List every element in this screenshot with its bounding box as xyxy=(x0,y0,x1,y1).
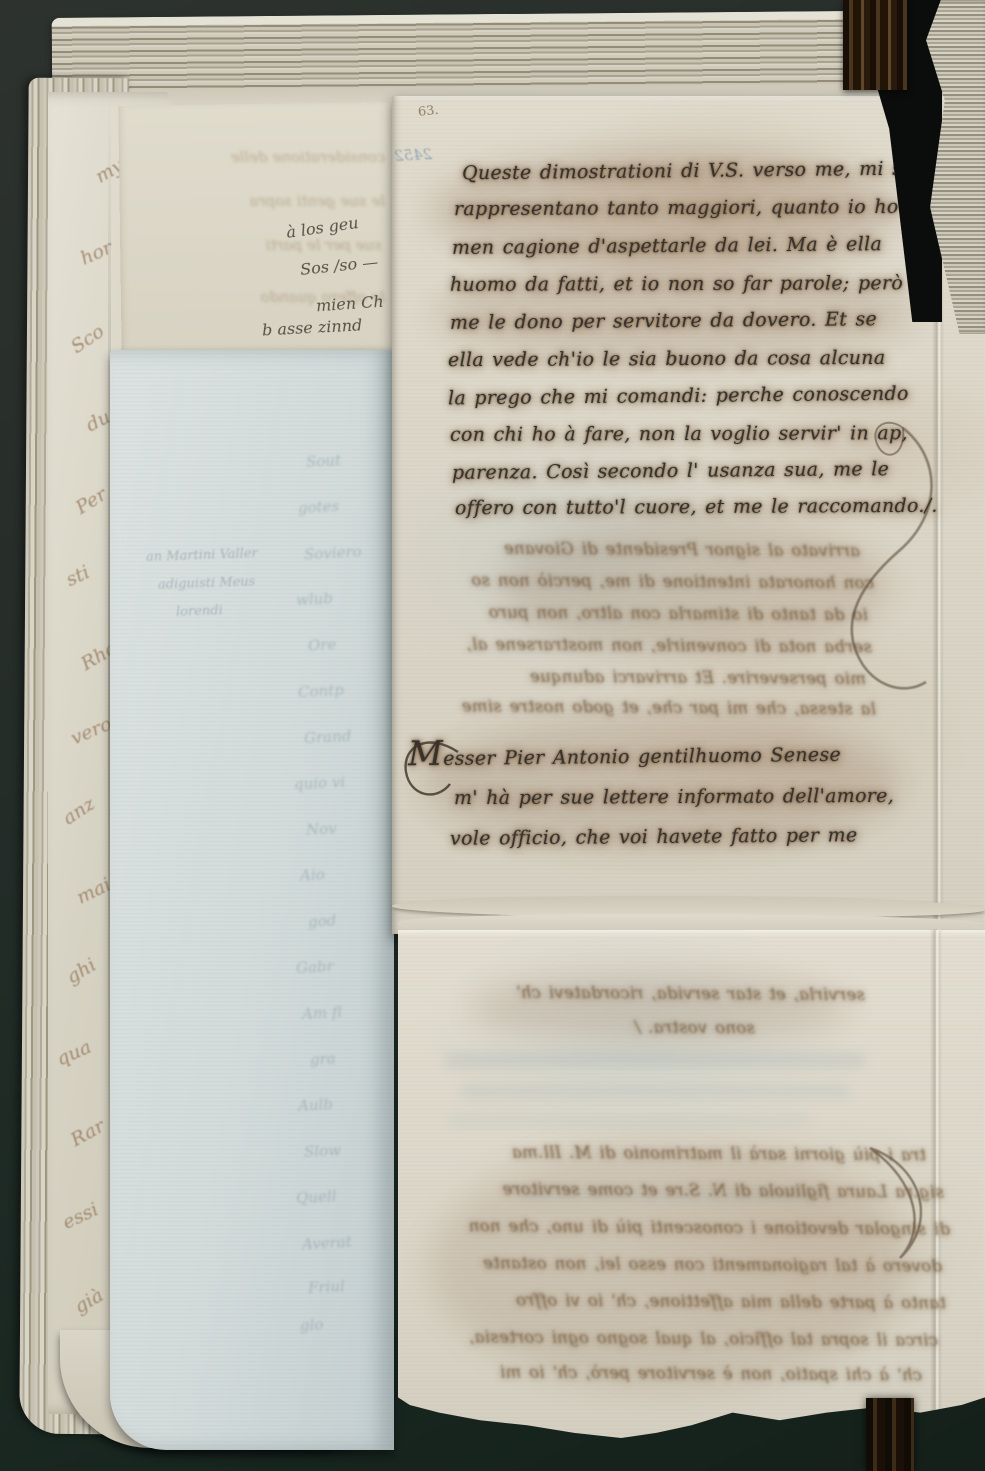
bleed-line: servirla, et star servida, ricordatevi c… xyxy=(516,983,866,1004)
bleedthrough-body: tra i più giorni sarà il matrimonio di M… xyxy=(412,1144,952,1404)
faded-bleed-row xyxy=(445,1054,865,1066)
letter-paragraph-2: Messer Pier Antonio gentilhuomo Senese m… xyxy=(408,742,928,862)
bleed-list-item: Friul xyxy=(308,1277,346,1297)
archive-number-stamp: 2452 xyxy=(394,145,433,165)
manuscript-line: huomo da fatti, et io non so far parole;… xyxy=(450,272,903,296)
bleed-list-item: Aio xyxy=(300,865,326,884)
marginal-annotation-line: lorendi xyxy=(176,603,223,620)
bleed-line: arrivato al signor Presidente di Giovane xyxy=(504,539,860,560)
bleed-smear-line: le sue genti sopra xyxy=(150,192,385,210)
binding-wood-rod-bottom xyxy=(866,1398,914,1471)
manuscript-line: ella vede ch'io le sia buono da cosa alc… xyxy=(448,347,886,371)
bleed-list-item: Slow xyxy=(304,1141,342,1161)
bleed-list-item: glo xyxy=(300,1315,324,1334)
bleed-list-item: quio vi xyxy=(294,773,346,794)
manuscript-line: vole officio, che voi havete fatto per m… xyxy=(450,824,858,850)
bleed-line: sono vostra. / xyxy=(634,1018,755,1038)
bleed-list-item: Gabr xyxy=(296,957,335,977)
bleed-list-item: gra xyxy=(310,1049,337,1068)
bleed-smear-line: sue per le parti xyxy=(142,236,382,254)
bleed-list-item: Sout xyxy=(306,451,342,471)
blue-underpage xyxy=(110,350,394,1450)
bleed-line: circa il sopra tal officio, al qual sogn… xyxy=(469,1327,938,1349)
bleed-list-item: Soviero xyxy=(304,543,363,564)
bleed-smear-line: consideratione delle xyxy=(145,148,385,166)
ink-flourish xyxy=(808,420,948,720)
bleed-line: dovero à tal ragionamenti con esso lei, … xyxy=(483,1253,942,1275)
bleed-list-item: Am fl xyxy=(302,1003,343,1023)
bleed-line: sig.ra Laura figliuola di N. S.re et com… xyxy=(502,1179,944,1201)
faded-bleed-row xyxy=(460,1086,850,1097)
bleed-list-item: wlub xyxy=(296,589,334,609)
manuscript-line: m' hà per sue lettere informato dell'amo… xyxy=(454,785,894,809)
bleed-list-item: Grand xyxy=(304,727,352,747)
manuscript-line: la prego che mi comandi: perche conoscen… xyxy=(448,383,909,410)
bleed-line: tanto à parte della mia affettione, ch' … xyxy=(516,1290,946,1312)
bleed-list-item: Contp xyxy=(298,681,345,701)
bleed-line: di singolar devotione i conoscenti più d… xyxy=(468,1216,950,1238)
initial-swash-flourish xyxy=(398,738,468,838)
bleed-line: tra i più giorni sarà il matrimonio di M… xyxy=(512,1143,926,1165)
faded-bleed-row xyxy=(450,1116,810,1126)
manuscript-line: Messer Pier Antonio gentilhuomo Senese xyxy=(408,740,841,771)
bleed-line: ch' à chi spatio, non è servitore però, … xyxy=(500,1363,922,1385)
bleedthrough-header: servirla, et star servida, ricordatevi c… xyxy=(455,984,875,1054)
manuscript-line: Queste dimostrationi di V.S. verso me, m… xyxy=(462,158,909,185)
folio-number: 63. xyxy=(417,103,439,120)
bleed-list-item: god xyxy=(308,911,337,930)
bleed-list-item: gotes xyxy=(298,497,340,517)
binding-wood-rod xyxy=(843,0,907,90)
archival-manuscript-photo: my hor Sco du Per sti Rho vero anz mai g… xyxy=(0,0,985,1471)
manuscript-line: rappresentano tanto maggiori, quanto io … xyxy=(454,196,899,220)
bleed-list-item: Averat xyxy=(302,1233,353,1254)
manuscript-line: me le dono per servitore da dovero. Et s… xyxy=(450,308,877,334)
bleed-list-item: Nov xyxy=(306,819,338,839)
bleed-list-item: Aulb xyxy=(298,1095,334,1115)
manuscript-line: men cagione d'aspettarle da lei. Ma è el… xyxy=(452,233,882,259)
bleed-list-item: Ore xyxy=(308,635,337,654)
bleed-list-item: Quell xyxy=(296,1187,337,1207)
